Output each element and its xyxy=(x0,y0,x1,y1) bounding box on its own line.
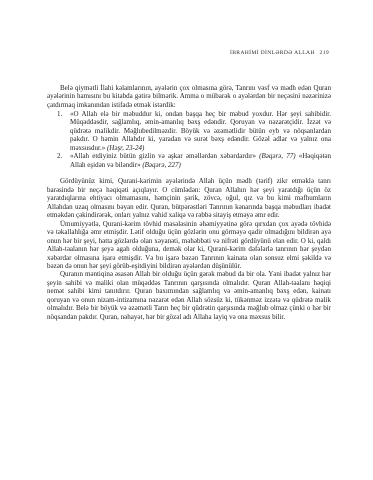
list-item: 2. «Allah etdiyiniz bütün gizlin və aşka… xyxy=(47,152,331,169)
verse-citation: (Bəqərə, 77) xyxy=(259,152,295,160)
list-item-number: 1. xyxy=(57,110,62,118)
paragraph: Gördüyünüz kimi, Qurani-kərimin ayələrin… xyxy=(47,177,331,219)
intro-paragraph: Belə qiymətli İlahi kəlamlarının, ayələr… xyxy=(47,84,331,109)
verse-citation: (Bəqərə, 227) xyxy=(142,161,180,169)
quran-quote: «Allah etdiyiniz bütün gizlin və aşkar ə… xyxy=(70,152,256,160)
book-page: İBRAHİMİ DİNLƏRDƏ ALLAH 219 Belə qiymətl… xyxy=(0,0,373,480)
running-header: İBRAHİMİ DİNLƏRDƏ ALLAH 219 xyxy=(47,50,329,56)
body-text: Belə qiymətli İlahi kəlamlarının, ayələr… xyxy=(47,84,331,321)
running-title: İBRAHİMİ DİNLƏRDƏ ALLAH xyxy=(230,50,315,56)
list-item: 1. «O Allah elə bir məbuddur ki, ondan b… xyxy=(47,110,331,152)
paragraph: Quranın məntiqinə əsasən Allah bir olduğ… xyxy=(47,270,331,321)
page-number: 219 xyxy=(320,50,329,56)
list-item-number: 2. xyxy=(57,152,62,160)
paragraph: Ümumiyyətlə, Qurani-kərim tövhid məsələs… xyxy=(47,220,331,271)
numbered-list: 1. «O Allah elə bir məbuddur ki, ondan b… xyxy=(47,110,331,169)
verse-citation: (Həşr, 23-24) xyxy=(107,144,144,152)
blank-line xyxy=(47,169,331,177)
